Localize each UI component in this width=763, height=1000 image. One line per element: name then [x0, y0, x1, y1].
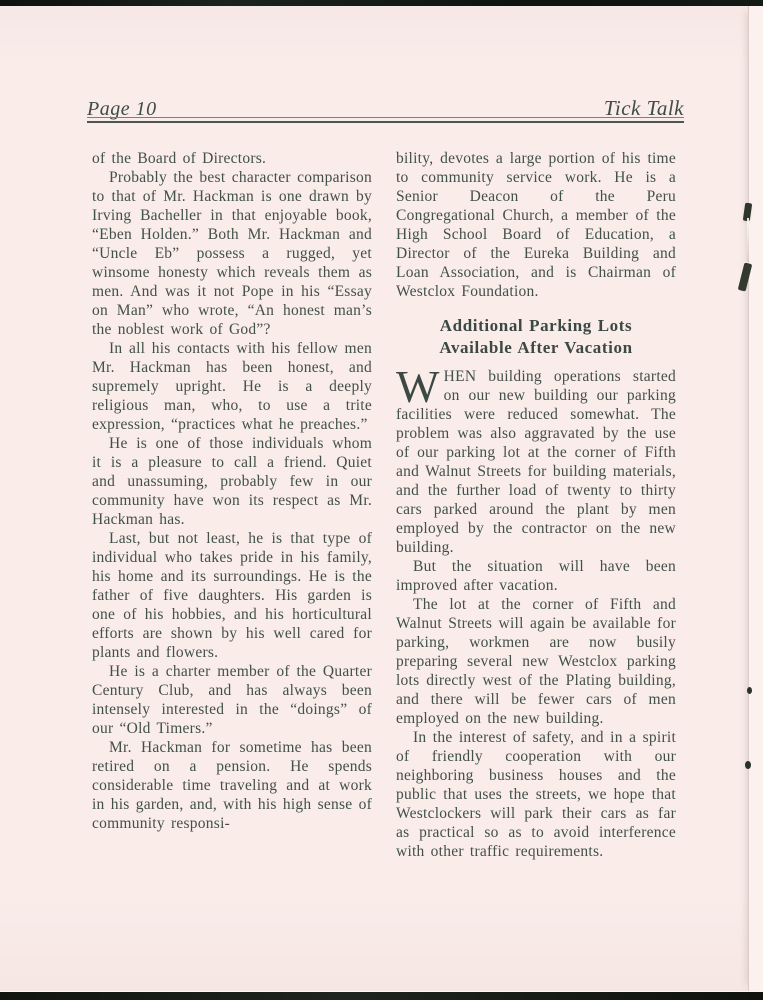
paragraph-continuation: bility, devotes a large portion of his t…: [396, 149, 676, 301]
right-column: bility, devotes a large portion of his t…: [396, 149, 676, 861]
lead-paragraph: WHEN building operations started on our …: [396, 367, 676, 557]
paragraph: He is one of those individuals whom it i…: [92, 434, 372, 529]
article-body: of the Board of Directors. Probably the …: [92, 149, 676, 861]
staple-bottom: [747, 687, 752, 694]
paragraph: In the interest of safety, and in a spir…: [396, 728, 676, 861]
paragraph: The lot at the corner of Fifth and Walnu…: [396, 595, 676, 728]
paragraph: of the Board of Directors.: [92, 149, 372, 168]
paragraph: In all his contacts with his fellow men …: [92, 339, 372, 434]
staple-crease: [747, 218, 749, 266]
drop-cap: W: [396, 367, 444, 405]
scanned-page: Page 10 Tick Talk of the Board of Direct…: [0, 0, 763, 1000]
section-heading-line1: Additional Parking Lots: [440, 316, 632, 335]
scan-border-bottom: [0, 991, 763, 1000]
section-heading-line2: Available After Vacation: [439, 338, 632, 357]
paragraph: Mr. Hackman for sometime has been retire…: [92, 738, 372, 833]
paragraph: But the situation will have been improve…: [396, 557, 676, 595]
paragraph: He is a charter member of the Quarter Ce…: [92, 662, 372, 738]
page-fold-edge: [748, 6, 763, 991]
paragraph: Probably the best character comparison t…: [92, 168, 372, 339]
staple-bottom-leg: [745, 761, 751, 769]
scan-border-top: [0, 0, 763, 6]
header-rule: [87, 117, 684, 123]
left-column: of the Board of Directors. Probably the …: [92, 149, 372, 861]
paragraph: Last, but not least, he is that type of …: [92, 529, 372, 662]
section-heading: Additional Parking Lots Available After …: [396, 315, 676, 359]
